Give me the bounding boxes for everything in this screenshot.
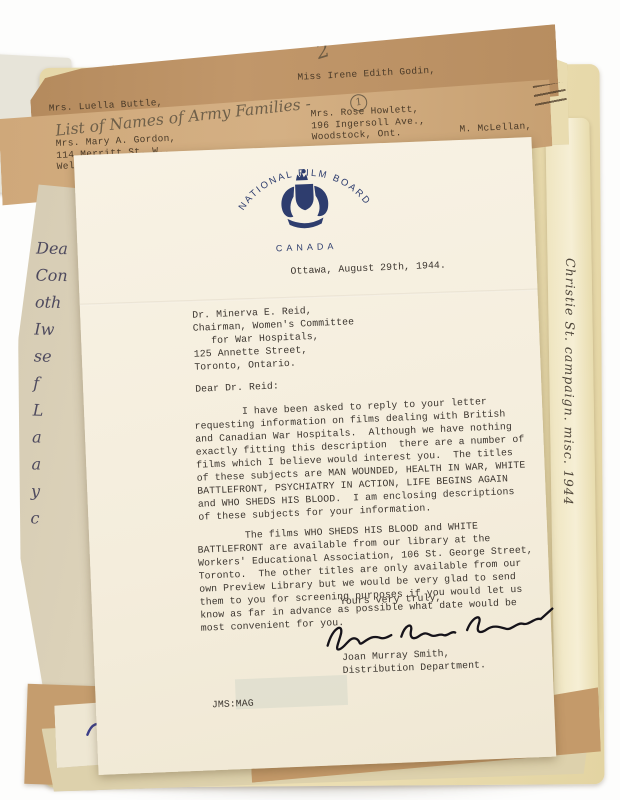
- letter-salutation: Dear Dr. Reid:: [195, 379, 279, 395]
- photo-of-document-stack: Christie St. campaign. misc. 1944 2 Miss…: [0, 0, 620, 800]
- letter-signature-block: Joan Murray Smith, Distribution Departme…: [342, 645, 486, 677]
- typed-address-howlett: Mrs. Rose Howlett, 196 Ingersoll Ave., W…: [310, 103, 425, 143]
- fragment-line: a: [32, 423, 65, 451]
- fragment-line: Dea: [36, 234, 69, 262]
- folder-ruled-marks: [533, 82, 567, 108]
- fragment-lines: Dea Con oth Iw se f L a a y c: [30, 234, 68, 532]
- folder-side-note: Christie St. campaign. misc. 1944: [561, 258, 578, 506]
- pencil-number-note: 2: [313, 37, 333, 64]
- fragment-line: y: [31, 477, 64, 505]
- fragment-line: L: [32, 396, 65, 424]
- fragment-line: c: [30, 504, 63, 532]
- fragment-line: oth: [35, 288, 68, 316]
- fragment-line: Con: [35, 261, 68, 289]
- nfb-letter: NATIONAL FILM BOARD CANADA Ottawa, Augus…: [74, 137, 557, 775]
- crest-country-text: CANADA: [276, 241, 338, 253]
- fragment-line: se: [34, 342, 67, 370]
- letter-dateline: Ottawa, August 29th, 1944.: [290, 259, 446, 278]
- letterhead-crest: NATIONAL FILM BOARD CANADA: [215, 151, 394, 258]
- letter-recipient: Dr. Minerva E. Reid, Chairman, Women's C…: [192, 302, 356, 373]
- letter-reference-initials: JMS:MAG: [212, 697, 254, 712]
- typed-name-mclellan: M. McLellan,: [459, 120, 531, 135]
- typed-name-godin: Miss Irene Edith Godin,: [297, 65, 435, 84]
- letter-body-paragraph-1: I have been asked to reply to your lette…: [194, 394, 527, 524]
- fragment-line: f: [33, 369, 66, 397]
- fragment-line: a: [31, 450, 64, 478]
- fragment-line: Iw: [34, 315, 67, 343]
